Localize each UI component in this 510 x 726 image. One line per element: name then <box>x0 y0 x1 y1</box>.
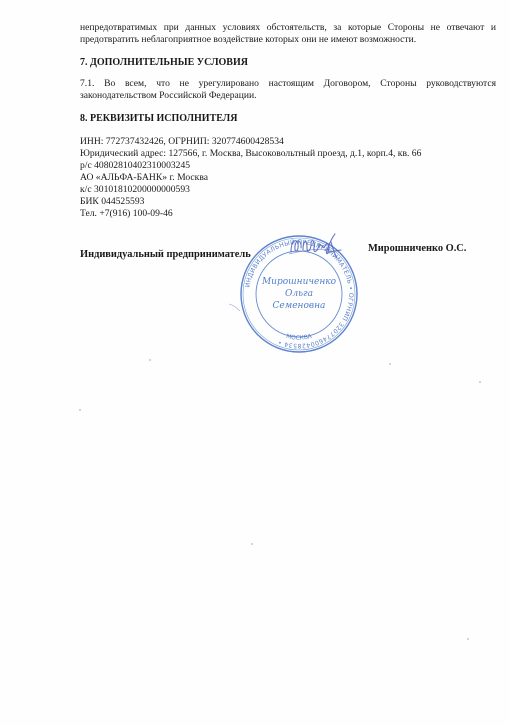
paragraph-continuation-line-2: предотвратить неблагоприятное воздействи… <box>80 34 496 46</box>
svg-text:МОСКВА: МОСКВА <box>285 333 313 342</box>
signatory-name: Мирошниченко О.С. <box>368 243 466 254</box>
stray-pen-mark-icon <box>228 302 242 312</box>
scan-speck <box>251 543 253 545</box>
section-7-heading: 7. ДОПОЛНИТЕЛЬНЫЕ УСЛОВИЯ <box>80 57 496 69</box>
stamp-center-line-1: Мирошниченко <box>261 277 337 287</box>
signatory-title: Индивидуальный предприниматель <box>80 249 251 260</box>
clause-7-1-line-2: законодательством Российской Федерации. <box>80 90 496 102</box>
clause-7-1-line-1: 7.1. Во всем, что не урегулировано насто… <box>80 78 496 90</box>
stamp-center-line-2: Ольга <box>285 289 313 299</box>
scan-speck <box>149 359 151 361</box>
paragraph-continuation-line-1: непредотвратимых при данных условиях обс… <box>80 22 496 34</box>
requisite-bik: БИК 044525593 <box>80 196 496 208</box>
stamp-city-text: МОСКВА <box>285 333 313 342</box>
requisite-correspondent-account: к/с 30101810200000000593 <box>80 184 496 196</box>
requisite-bank-name: АО «АЛЬФА-БАНК» г. Москва <box>80 172 496 184</box>
scan-speck <box>467 638 469 640</box>
scan-speck <box>389 363 391 365</box>
document-page: непредотвратимых при данных условиях обс… <box>0 0 510 726</box>
requisite-settlement-account: р/с 40802810402310003245 <box>80 160 496 172</box>
section-8-heading: 8. РЕКВИЗИТЫ ИСПОЛНИТЕЛЯ <box>80 113 496 125</box>
handwritten-signature-icon <box>285 232 345 262</box>
requisite-legal-address: Юридический адрес: 127566, г. Москва, Вы… <box>80 148 496 160</box>
requisite-phone: Тел. +7(916) 100-09-46 <box>80 208 496 220</box>
stamp-center-line-3: Семеновна <box>273 301 326 311</box>
requisite-inn-ogrnip: ИНН: 772737432426, ОГРНИП: 3207746004285… <box>80 136 496 148</box>
scan-speck <box>79 409 81 411</box>
scan-speck <box>479 381 481 383</box>
